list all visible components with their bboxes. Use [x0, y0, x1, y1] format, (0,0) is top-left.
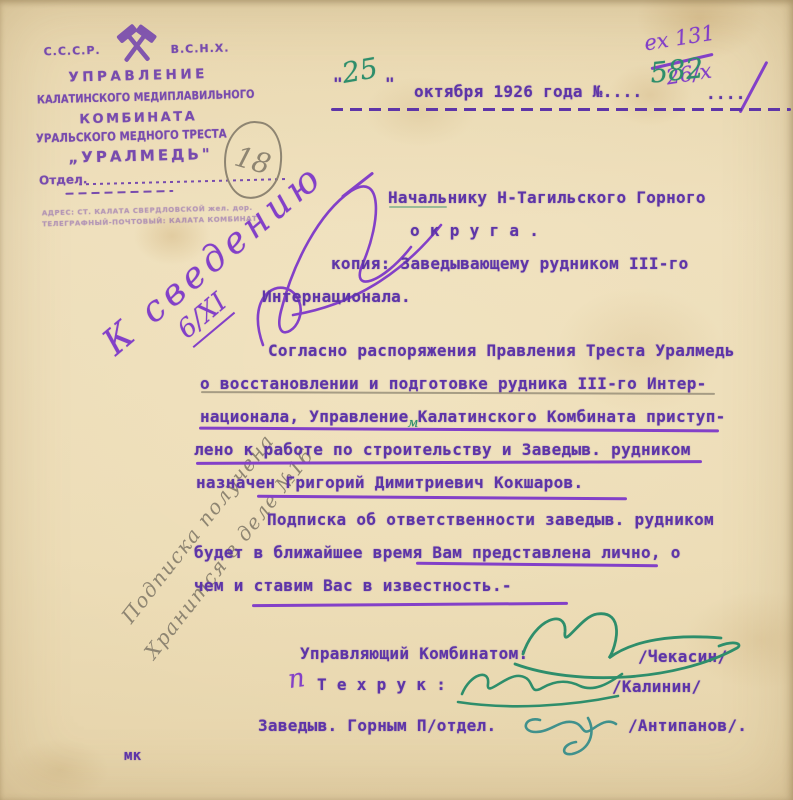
letterhead-agency: В.С.Н.Х. — [170, 41, 229, 56]
signature-name-antipanov: /Антипанов/. — [628, 716, 747, 735]
typist-initials: мк — [124, 748, 141, 764]
body-p1-line4: лено к работе по строительству и Заведыв… — [194, 440, 691, 459]
letterhead-line-uralmed: „УРАЛМЕДЬ" — [68, 145, 213, 167]
document-number-handwritten: 582 — [648, 51, 705, 89]
archival-ref-line1: ех 131 — [643, 21, 717, 56]
signature-title-tehruk: Т е х р у к : — [317, 675, 446, 694]
date-trailing-dots: .... — [706, 84, 746, 103]
pencil-underline — [201, 391, 715, 395]
body-p1-line2: о восстановлении и подготовке рудника II… — [200, 374, 707, 393]
ink-underline — [257, 495, 627, 500]
ink-underline — [196, 460, 702, 464]
letterhead-line-trest: УРАЛЬСКОГО МЕДНОГО ТРЕСТА — [36, 126, 258, 146]
letterhead-line-kombinata: КОМБИНАТА — [79, 109, 197, 127]
letterhead-line-kombinat-name: КАЛАТИНСКОГО МЕДИПЛАВИЛЬНОГО — [37, 86, 290, 107]
body-p2-line3: чем и ставим Вас в известность.- — [194, 576, 512, 595]
recipient-underline — [389, 206, 447, 208]
signature-title-mining-dept: Заведыв. Горным П/отдел. — [258, 716, 496, 735]
date-quote-close: " — [385, 74, 395, 93]
stamp-divider-rule — [65, 190, 173, 195]
signature-antipanov-autograph — [510, 698, 625, 758]
date-quote-open: " — [333, 74, 343, 93]
crossed-hammers-icon — [111, 22, 162, 69]
recipient-line4: Интернационала. — [262, 287, 411, 306]
letterhead-country: С.С.С.Р. — [43, 44, 100, 58]
ink-underline — [416, 562, 658, 567]
body-p1-line1: Согласно распоряжения Правления Треста У… — [268, 341, 735, 360]
recipient-line1: Начальнику Н-Тагильского Горного — [388, 188, 706, 207]
document-scan: С.С.С.Р. В.С.Н.Х. УПРАВЛЕНИЕ КАЛАТИНСКОГ… — [0, 0, 793, 800]
date-month-year-number-label: октября 1926 года №.... — [414, 82, 642, 101]
letterhead-line-upravlenie: УПРАВЛЕНИЕ — [68, 66, 208, 86]
date-day-handwritten: 25 — [339, 51, 380, 90]
body-p1-line5: назначен Григорий Димитриевич Кокшаров. — [196, 473, 583, 492]
signature-handwritten-prefix: п — [286, 663, 307, 695]
body-p2-line1: Подписка об ответственности заведыв. руд… — [267, 510, 714, 529]
recipient-line2: о к р у г а . — [410, 221, 539, 240]
header-dashed-rule — [331, 108, 791, 111]
body-p2-line2: будет в ближайшее время Вам представлена… — [194, 543, 681, 562]
recipient-line3: копия: Заведывающему рудником III-го — [331, 254, 689, 273]
